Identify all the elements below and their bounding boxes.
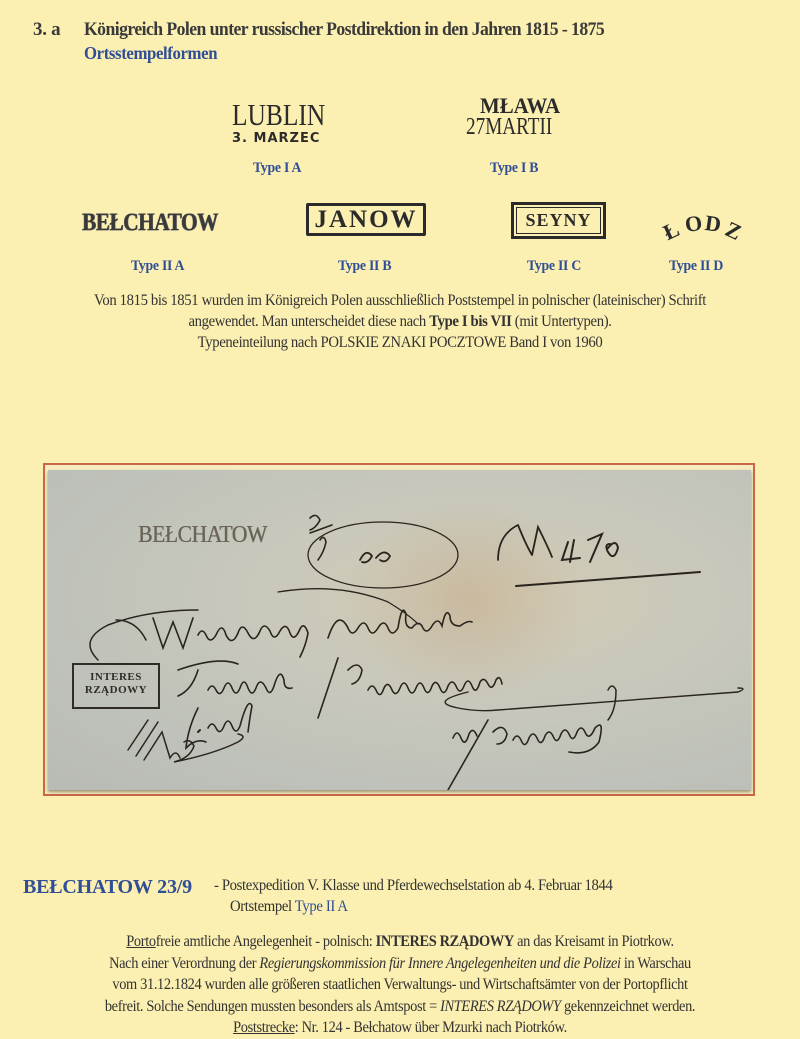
intro-line-2: angewendet. Man unterscheidet diese nach…: [32, 311, 768, 332]
stamp-impression-mlawa-date: 27MARTII: [466, 114, 552, 141]
lodz-letter: O: [683, 210, 704, 238]
description-stamp-type-prefix: Ortstempel: [230, 898, 295, 915]
body-line-5: Poststrecke: Nr. 124 - Bełchatow über Mz…: [40, 1017, 760, 1039]
handwriting-strokes: [48, 470, 751, 790]
body-line-4: befreit. Solche Sendungen mussten besond…: [40, 996, 760, 1018]
lodz-letter: Ł: [659, 217, 683, 247]
intro-type-range: Type I bis VII: [429, 313, 511, 330]
lodz-letter: D: [704, 210, 723, 238]
stamp-impression-lublin-date: 3. MARZEC: [232, 131, 320, 146]
letter-postmark-town: BEŁCHATOW: [138, 522, 267, 549]
intro-line-1: Von 1815 bis 1851 wurden im Königreich P…: [32, 290, 768, 311]
page-subtitle: Ortsstempelformen: [84, 43, 217, 64]
body-line-3: vom 31.12.1824 wurden alle größeren staa…: [40, 974, 760, 996]
type-label-1a: Type I A: [253, 160, 301, 177]
intro-line-2-suffix: (mit Untertypen).: [511, 313, 611, 330]
type-label-2d: Type II D: [669, 258, 723, 275]
body-line-2-suffix: in Warschau: [621, 955, 691, 972]
description-stamp-type-value: Type II A: [295, 898, 348, 915]
body-line-1: Portofreie amtliche Angelegenheit - poln…: [40, 931, 760, 953]
body-porto-underlined: Porto: [126, 933, 155, 950]
body-interes-rzadowy-italic: INTERES RZĄDOWY: [440, 998, 561, 1015]
cover-letter-image: BEŁCHATOW INTERES RZĄDOWY: [48, 470, 751, 790]
body-line-2: Nach einer Verordnung der Regierungskomm…: [40, 953, 760, 975]
type-label-2b: Type II B: [338, 258, 391, 275]
stamp-impression-seyny-text: SEYNY: [516, 207, 601, 234]
body-line-1-suffix: an das Kreisamt in Piotrkow.: [514, 933, 674, 950]
body-line-4-text: befreit. Solche Sendungen mussten besond…: [105, 998, 440, 1015]
page-title: Königreich Polen unter russischer Postdi…: [84, 19, 604, 41]
type-label-1b: Type I B: [490, 160, 538, 177]
letter-official-stamp: INTERES RZĄDOWY: [72, 663, 160, 709]
type-label-2a: Type II A: [131, 258, 184, 275]
official-stamp-line-1: INTERES: [74, 671, 158, 684]
body-line-5-text: : Nr. 124 - Bełchatow über Mzurki nach P…: [295, 1019, 567, 1036]
official-stamp-line-2: RZĄDOWY: [74, 684, 158, 697]
stamp-impression-lodz: ŁODZ: [664, 210, 744, 240]
intro-paragraph: Von 1815 bis 1851 wurden im Königreich P…: [0, 290, 800, 353]
body-line-1-text: freie amtliche Angelegenheit - polnisch:: [156, 933, 376, 950]
body-commission-name: Regierungskommission für Innere Angelege…: [259, 955, 620, 972]
section-number: 3. a: [33, 19, 60, 41]
description-stamp-type: Ortstempel Type II A: [230, 898, 348, 916]
body-line-2-text: Nach einer Verordnung der: [109, 955, 259, 972]
lodz-letter: Z: [721, 217, 745, 247]
description-body: Portofreie amtliche Angelegenheit - poln…: [0, 931, 800, 1039]
description-heading-detail: - Postexpedition V. Klasse und Pferdewec…: [214, 877, 612, 895]
stamp-impression-lublin: LUBLIN: [232, 97, 325, 133]
body-line-4-suffix: gekennzeichnet werden.: [561, 998, 695, 1015]
type-label-2c: Type II C: [527, 258, 581, 275]
body-interes-rzadowy: INTERES RZĄDOWY: [376, 933, 514, 950]
body-poststrecke-underlined: Poststrecke: [233, 1019, 295, 1036]
stamp-impression-belchatow: BEŁCHATOW: [82, 209, 218, 237]
stamp-impression-janow: JANOW: [306, 203, 426, 236]
description-heading: BEŁCHATOW 23/9: [23, 876, 192, 899]
intro-line-2-text: angewendet. Man unterscheidet diese nach: [188, 313, 429, 330]
intro-line-3: Typeneinteilung nach POLSKIE ZNAKI POCZT…: [32, 332, 768, 353]
stamp-impression-seyny: SEYNY: [511, 202, 606, 239]
